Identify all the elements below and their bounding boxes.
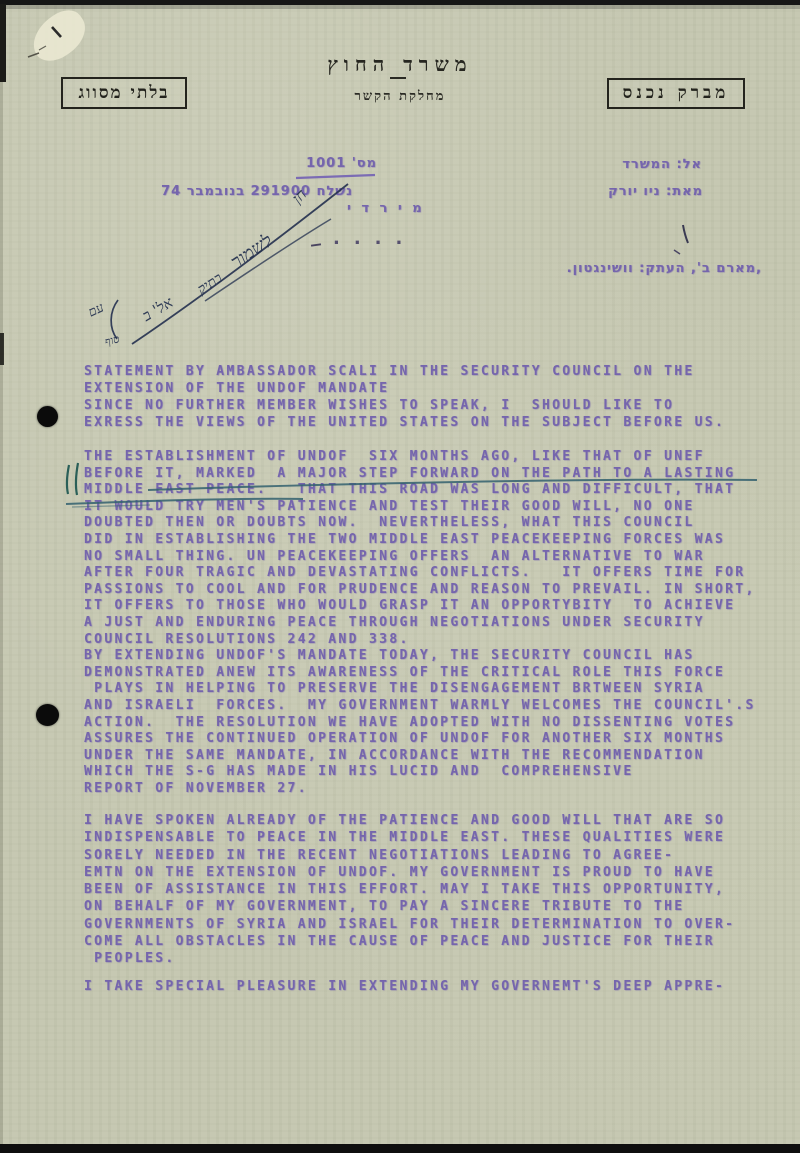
scan-edge-left-faint <box>0 80 3 1144</box>
punch-hole-bottom <box>36 704 59 726</box>
classification-box: בלתי מסווג <box>61 77 187 109</box>
telegram-scan-page: משרד החוץ מחלקת הקשר בלתי מסווג מברק נכנ… <box>0 0 800 1153</box>
meta-sent-date: נשלח 291900 בנובמבר 74 <box>161 184 353 199</box>
punch-hole-top <box>37 406 58 427</box>
handwritten-word-2: בתיק <box>195 270 226 298</box>
handwritten-word-5: סוף <box>103 332 121 348</box>
handwriting-second-stroke <box>205 219 331 301</box>
meta-from: מאת: ניו יורק <box>608 184 703 199</box>
routing-dots: .... <box>333 228 416 249</box>
title-rule <box>390 77 406 79</box>
margin-mark-1 <box>67 465 69 494</box>
margin-mark-2 <box>76 463 78 495</box>
meta-routing: מ י ר ד י <box>347 201 425 216</box>
handwritten-word-4: עם <box>86 300 107 320</box>
handwriting-long-stroke <box>132 184 348 344</box>
body-paragraph-3: I HAVE SPOKEN ALREADY OF THE PATIENCE AN… <box>84 812 735 968</box>
meta-to: אל: המשרד <box>622 157 702 172</box>
scan-edge-top-shadow <box>0 5 800 9</box>
scan-edge-bottom <box>0 1144 800 1153</box>
body-paragraph-1: STATEMENT BY AMBASSADOR SCALI IN THE SEC… <box>84 363 725 431</box>
number-underline <box>296 175 375 178</box>
pen-tick-small <box>674 250 680 254</box>
body-paragraph-4: I TAKE SPECIAL PLEASURE IN EXTENDING MY … <box>84 978 725 995</box>
scan-edge-left-nub <box>0 333 4 365</box>
incoming-telegram-box: מברק נכנס <box>607 78 745 109</box>
body-paragraph-2: THE ESTABLISHMENT OF UNDOF SIX MONTHS AG… <box>84 449 756 797</box>
meta-copy-line: ,מארם ב', העתק: וושינגטון. <box>567 261 762 276</box>
handwritten-word-1: לשמור <box>227 230 277 273</box>
meta-number: מס' 1001 <box>306 156 377 171</box>
handwriting-paren <box>111 300 118 339</box>
ministry-title: משרד החוץ <box>0 52 800 77</box>
handwritten-word-3: אל' ב <box>138 293 177 326</box>
pen-tick <box>683 225 688 243</box>
routing-dash <box>311 243 321 246</box>
